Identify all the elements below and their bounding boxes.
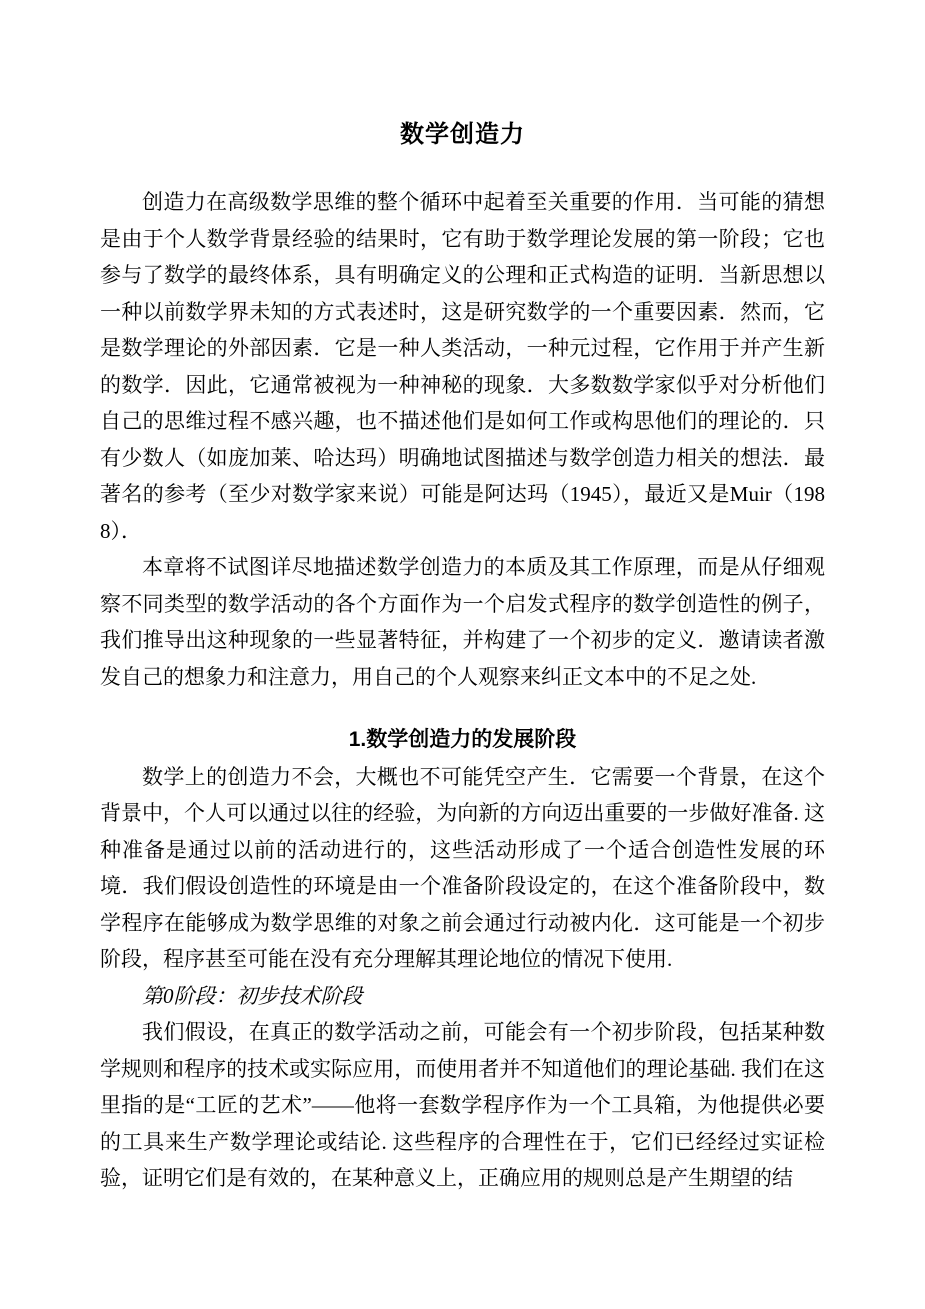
intro-paragraph-2: 本章将不试图详尽地描述数学创造力的本质及其工作原理，而是从仔细观察不同类型的数学… [100, 549, 825, 695]
intro-paragraph-1: 创造力在高级数学思维的整个循环中起着至关重要的作用．当可能的猜想是由于个人数学背… [100, 184, 825, 549]
document-page: 数学创造力 创造力在高级数学思维的整个循环中起着至关重要的作用．当可能的猜想是由… [0, 0, 925, 1309]
stage-0-paragraph: 我们假设，在真正的数学活动之前，可能会有一个初步阶段，包括某种数学规则和程序的技… [100, 1014, 825, 1197]
document-title: 数学创造力 [100, 116, 825, 154]
stage-0-subheading: 第0阶段：初步技术阶段 [100, 978, 825, 1015]
section-1-heading: 1.数学创造力的发展阶段 [100, 722, 825, 759]
section-1-paragraph: 数学上的创造力不会，大概也不可能凭空产生．它需要一个背景，在这个背景中，个人可以… [100, 759, 825, 978]
